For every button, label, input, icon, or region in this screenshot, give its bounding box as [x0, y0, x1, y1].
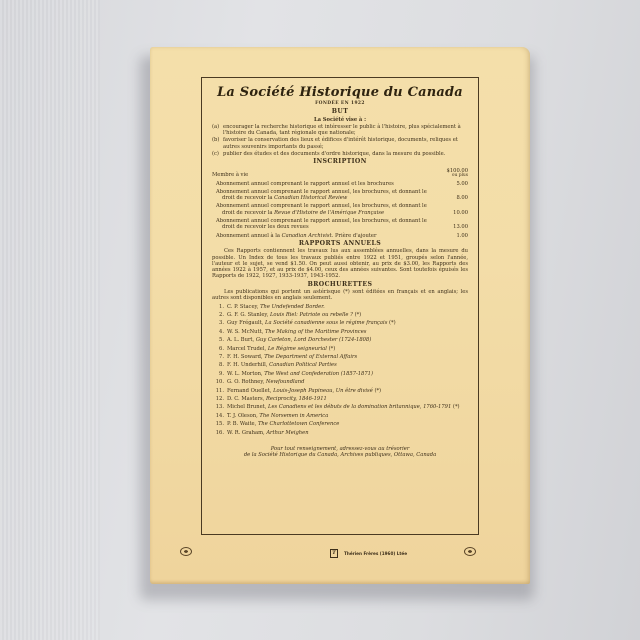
brochurette-item: 14.T. J. Oleson, The Norsemen in America: [212, 413, 468, 419]
brochurette-item: 11.Fernand Ouellet, Louis-Joseph Papinea…: [212, 388, 468, 394]
fee-row: Membre à vie $100.00ou plus: [212, 168, 468, 179]
brochurette-item: 10.G. O. Rothney, Newfoundland: [212, 379, 468, 385]
brochurette-item: 4.W. S. McNutt, The Making of the Mariti…: [212, 329, 468, 335]
objective-item: (a) encourager la recherche historique e…: [212, 124, 468, 137]
printer-logo-icon: T: [330, 549, 338, 558]
contact-note: Pour tout renseignement, adressez-vous a…: [212, 446, 468, 459]
union-label-seal-icon: [464, 547, 476, 556]
fee-row: Abonnement annuel comprenant le rapport …: [212, 218, 468, 231]
but-heading: BUT: [212, 109, 468, 115]
brochurette-item: 12.D. C. Masters, Reciprocity, 1846-1911: [212, 396, 468, 402]
booklet-back-cover: La Société Historique du Canada FONDÉE E…: [150, 47, 530, 584]
brochurette-item: 16.W. R. Graham, Arthur Meighen: [212, 430, 468, 436]
brochurettes-list: 1.C. P. Stacey, The Undefended Border. 2…: [212, 304, 468, 436]
fees-list: Membre à vie $100.00ou plus Abonnement a…: [212, 168, 468, 239]
fee-row: Abonnement annuel comprenant le rapport …: [212, 189, 468, 202]
brochurette-item: 5.A. L. Burt, Guy Carleton, Lord Dorches…: [212, 337, 468, 343]
brochurette-item: 1.C. P. Stacey, The Undefended Border.: [212, 304, 468, 310]
brochurette-item: 9.W. L. Morton, The West and Confederati…: [212, 371, 468, 377]
brochurette-item: 15.P. B. Waite, The Charlottetown Confer…: [212, 421, 468, 427]
brochurette-item: 7.F. H. Soward, The Department of Extern…: [212, 354, 468, 360]
brochurette-item: 13.Michel Brunet, Les Canadiens et les d…: [212, 404, 468, 410]
fabric-texture: [0, 0, 100, 640]
objective-item: (c) publier des études et des documents …: [212, 151, 468, 157]
content-frame: La Société Historique du Canada FONDÉE E…: [201, 77, 479, 535]
rapports-paragraph: Ces Rapports contiennent les travaux lus…: [212, 248, 468, 279]
fee-row: Abonnement annuel à la Canadian Archivis…: [212, 233, 468, 239]
brochurettes-heading: BROCHURETTES: [212, 282, 468, 288]
fee-row: Abonnement annuel comprenant le rapport …: [212, 203, 468, 216]
fee-row: Abonnement annuel comprenant le rapport …: [212, 181, 468, 187]
brochurette-item: 3.Guy Frégault, La Société canadienne so…: [212, 320, 468, 326]
brochurettes-intro: Les publications qui portent un astérisq…: [212, 289, 468, 302]
inscription-heading: INSCRIPTION: [212, 159, 468, 165]
objective-item: (b) favoriser la conservation des lieux …: [212, 137, 468, 150]
brochurette-item: 2.G. F. G. Stanley, Louis Riel: Patriote…: [212, 312, 468, 318]
brochurette-item: 8.F. H. Underhill, Canadian Political Pa…: [212, 362, 468, 368]
but-intro: La Société vise à :: [212, 117, 468, 123]
printer-name: Thérien Frères (1960) Ltée: [344, 551, 407, 556]
objectives-list: (a) encourager la recherche historique e…: [212, 124, 468, 157]
rapports-heading: RAPPORTS ANNUELS: [212, 241, 468, 247]
society-title: La Société Historique du Canada: [212, 86, 468, 100]
brochurette-item: 6.Marcel Trudel, Le Régime seigneurial (…: [212, 346, 468, 352]
founded-line: FONDÉE EN 1922: [212, 101, 468, 107]
